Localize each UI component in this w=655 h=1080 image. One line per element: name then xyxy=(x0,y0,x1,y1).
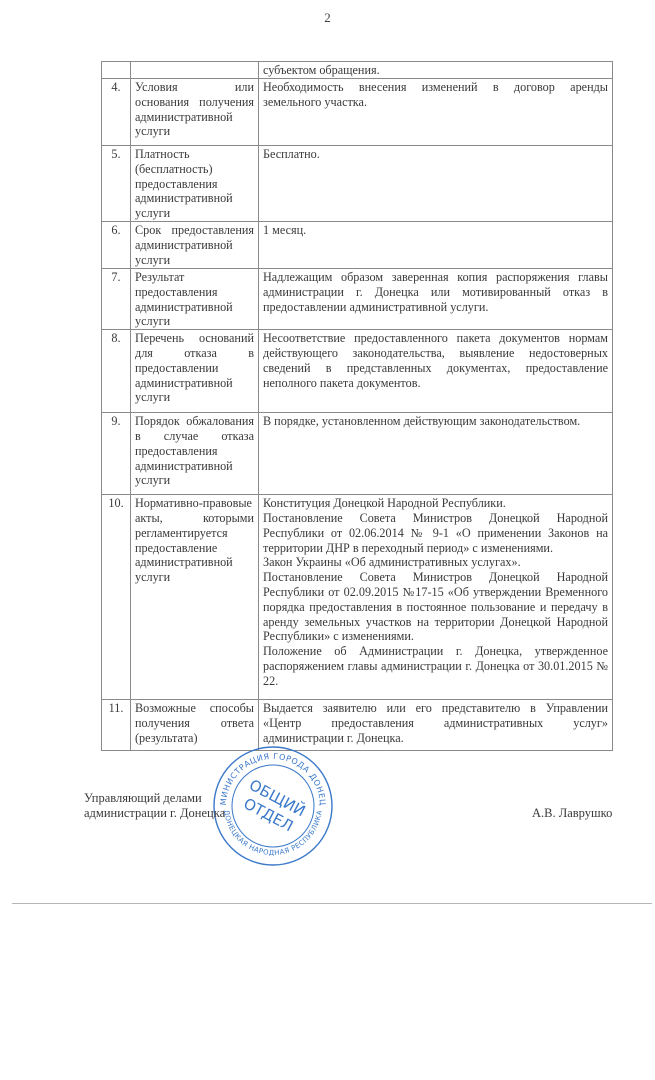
table-row: 7.Результат предоставления административ… xyxy=(102,268,613,329)
row-value-paragraph: Выдается заявителю или его представителю… xyxy=(263,701,608,745)
row-value-paragraph: Бесплатно. xyxy=(263,147,608,162)
official-stamp: АДМИНИСТРАЦИЯ ГОРОДА ДОНЕЦКА ДОНЕЦКАЯ НА… xyxy=(212,745,334,867)
row-label: Возможные способы получения ответа (резу… xyxy=(131,700,259,751)
signature-name: А.В. Лаврушко xyxy=(532,806,612,821)
row-value: В порядке, установленном действующим зак… xyxy=(259,413,613,495)
row-number xyxy=(102,62,131,79)
row-label: Результат предоставления административно… xyxy=(131,268,259,329)
signature-position: Управляющий делами администрации г. Доне… xyxy=(84,791,225,821)
row-label: Перечень оснований для отказа в предоста… xyxy=(131,330,259,413)
table-row: 4.Условия или основания получения админи… xyxy=(102,79,613,146)
row-value-paragraph: субъектом обращения. xyxy=(263,63,608,78)
row-value-paragraph: Положение об Администрации г. Донецка, у… xyxy=(263,644,608,688)
row-number: 5. xyxy=(102,146,131,222)
row-label: Срок предоставления административной усл… xyxy=(131,221,259,268)
row-value: Конституция Донецкой Народной Республики… xyxy=(259,495,613,700)
row-label: Платность (бесплатность) предоставления … xyxy=(131,146,259,222)
table-row: 8.Перечень оснований для отказа в предос… xyxy=(102,330,613,413)
table-body: субъектом обращения.4.Условия или основа… xyxy=(102,62,613,751)
row-value-paragraph: В порядке, установленном действующим зак… xyxy=(263,414,608,429)
row-number: 6. xyxy=(102,221,131,268)
signature-position-line1: Управляющий делами xyxy=(84,791,225,806)
service-info-table: субъектом обращения.4.Условия или основа… xyxy=(101,61,613,751)
row-number: 7. xyxy=(102,268,131,329)
table-row: 11.Возможные способы получения ответа (р… xyxy=(102,700,613,751)
row-value: Надлежащим образом заверенная копия расп… xyxy=(259,268,613,329)
row-number: 10. xyxy=(102,495,131,700)
bottom-divider xyxy=(12,903,652,904)
page-number: 2 xyxy=(0,10,655,26)
row-label: Условия или основания получения админист… xyxy=(131,79,259,146)
row-value-paragraph: Надлежащим образом заверенная копия расп… xyxy=(263,270,608,314)
row-value-paragraph: Постановление Совета Министров Донецкой … xyxy=(263,511,608,555)
table-row: субъектом обращения. xyxy=(102,62,613,79)
row-value-paragraph: Постановление Совета Министров Донецкой … xyxy=(263,570,608,644)
row-value-paragraph: 1 месяц. xyxy=(263,223,608,238)
table-row: 9.Порядок обжалования в случае отказа пр… xyxy=(102,413,613,495)
row-value: Выдается заявителю или его представителю… xyxy=(259,700,613,751)
row-label: Порядок обжалования в случае отказа пред… xyxy=(131,413,259,495)
row-value: Бесплатно. xyxy=(259,146,613,222)
row-number: 8. xyxy=(102,330,131,413)
table-row: 5.Платность (бесплатность) предоставлени… xyxy=(102,146,613,222)
row-number: 4. xyxy=(102,79,131,146)
row-value-paragraph: Необходимость внесения изменений в догов… xyxy=(263,80,608,110)
signature-position-line2: администрации г. Донецка xyxy=(84,806,225,821)
table-row: 6.Срок предоставления административной у… xyxy=(102,221,613,268)
row-value: субъектом обращения. xyxy=(259,62,613,79)
row-number: 9. xyxy=(102,413,131,495)
row-value: Несоответствие предоставленного пакета д… xyxy=(259,330,613,413)
row-label xyxy=(131,62,259,79)
row-value-paragraph: Закон Украины «Об административных услуг… xyxy=(263,555,608,570)
row-number: 11. xyxy=(102,700,131,751)
row-value-paragraph: Конституция Донецкой Народной Республики… xyxy=(263,496,608,511)
row-value: 1 месяц. xyxy=(259,221,613,268)
row-label: Нормативно-правовые акты, которыми регла… xyxy=(131,495,259,700)
row-value-paragraph: Несоответствие предоставленного пакета д… xyxy=(263,331,608,390)
row-value: Необходимость внесения изменений в догов… xyxy=(259,79,613,146)
table-row: 10.Нормативно-правовые акты, которыми ре… xyxy=(102,495,613,700)
